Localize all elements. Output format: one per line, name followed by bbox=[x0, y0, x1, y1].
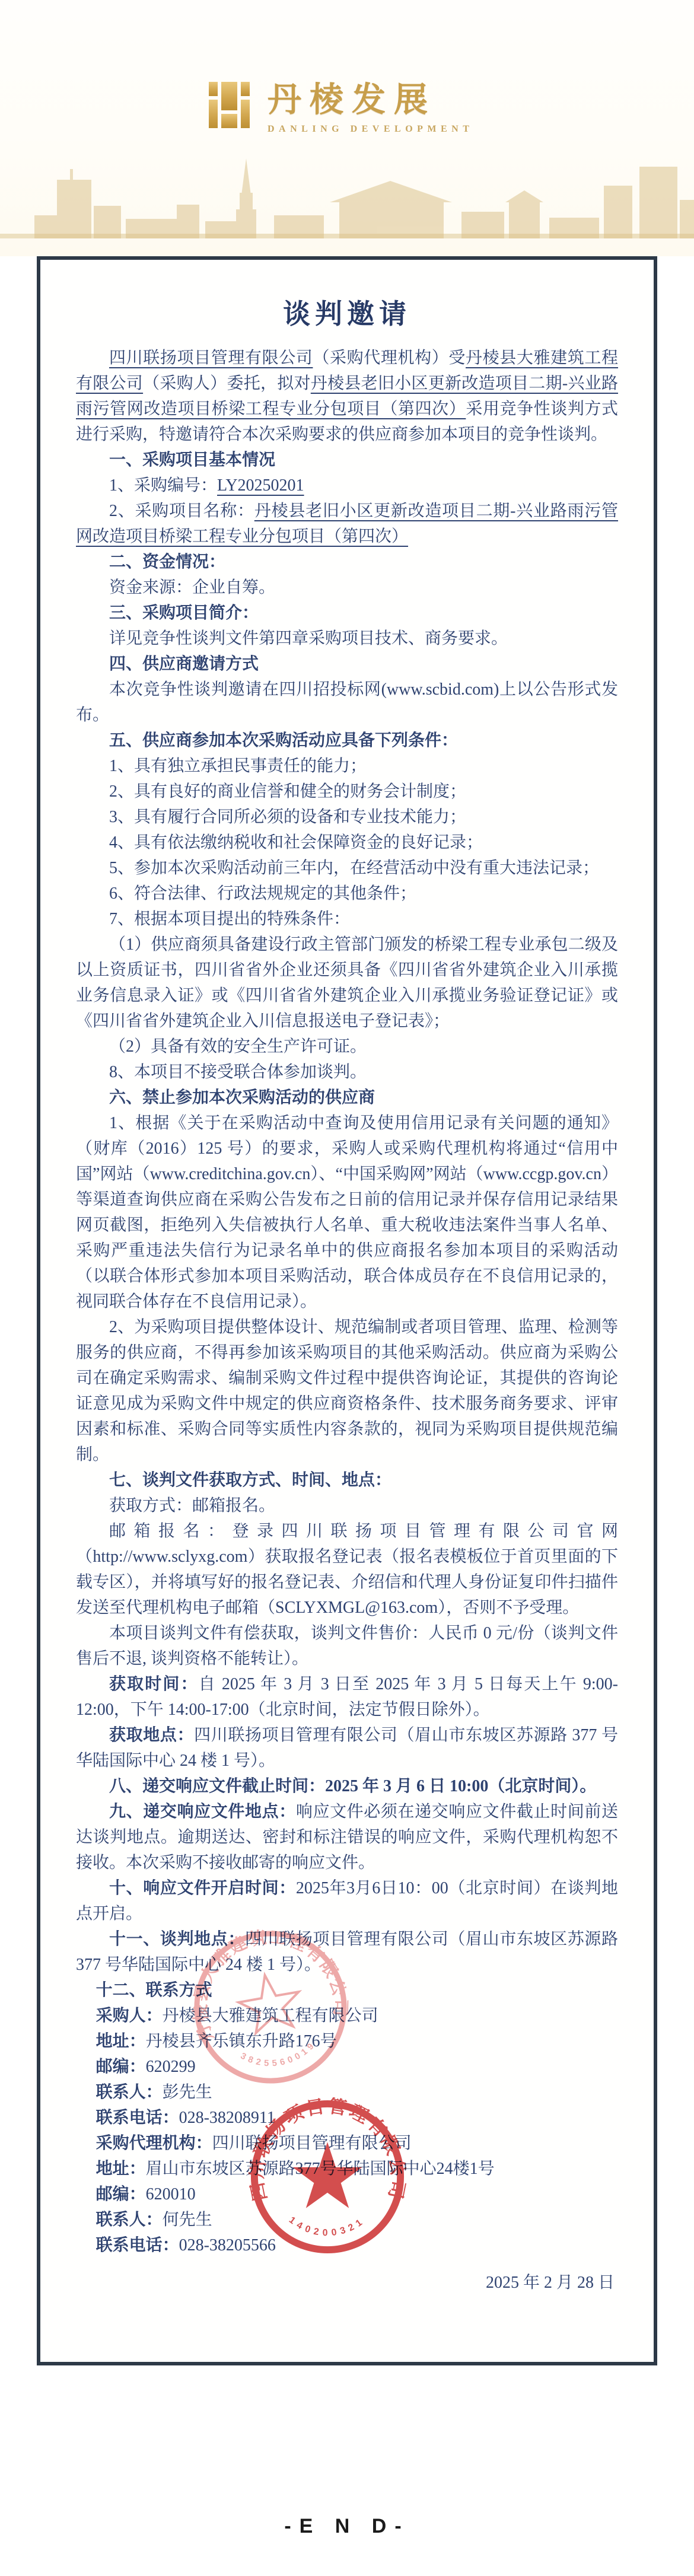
paragraph: 资金来源：企业自筹。 bbox=[76, 575, 618, 600]
brand-subtitle: DANLING DEVELOPMENT bbox=[268, 124, 473, 135]
document-title: 谈判邀请 bbox=[76, 298, 618, 331]
paragraph: （2）具备有效的安全生产许可证。 bbox=[76, 1034, 618, 1059]
section-heading: 四、供应商邀请方式 bbox=[76, 651, 618, 677]
section-heading: 一、采购项目基本情况 bbox=[76, 447, 618, 473]
contact-line: 地址：丹棱县齐乐镇东升路176号 bbox=[76, 2029, 618, 2054]
contact-line: 联系人：何先生 bbox=[76, 2207, 618, 2233]
paragraph: 2、采购项目名称：丹棱县老旧小区更新改造项目二期-兴业路雨污管网改造项目桥梁工程… bbox=[76, 498, 618, 549]
section-heading-contact: 十二、联系方式 bbox=[76, 1978, 618, 2003]
contact-line: 采购代理机构：四川联扬项目管理有限公司 bbox=[76, 2131, 618, 2156]
letterhead: 丹棱发展 DANLING DEVELOPMENT bbox=[0, 0, 694, 256]
paragraph: 邮箱报名：登录四川联扬项目管理有限公司官网（http://www.sclyxg.… bbox=[76, 1518, 618, 1620]
section-heading: 二、资金情况： bbox=[76, 549, 618, 575]
paragraph: 十一、谈判地点：四川联扬项目管理有限公司（眉山市东坡区苏源路 377 号华陆国际… bbox=[76, 1927, 618, 1978]
paragraph: 4、具有依法缴纳税收和社会保障资金的良好记录； bbox=[76, 830, 618, 855]
contact-lines: 采购人：丹棱县大雅建筑工程有限公司地址：丹棱县齐乐镇东升路176号邮编：6202… bbox=[76, 2003, 618, 2258]
paragraph: 获取地点：四川联扬项目管理有限公司（眉山市东坡区苏源路 377 号华陆国际中心 … bbox=[76, 1722, 618, 1773]
section-heading: 六、禁止参加本次采购活动的供应商 bbox=[76, 1085, 618, 1110]
contact-line: 联系人：彭先生 bbox=[76, 2080, 618, 2105]
section-heading: 五、供应商参加本次采购活动应具备下列条件： bbox=[76, 728, 618, 753]
paragraph: 1、具有独立承担民事责任的能力； bbox=[76, 753, 618, 779]
document-frame: 谈判邀请 四川联扬项目管理有限公司（采购代理机构）受丹棱县大雅建筑工程有限公司（… bbox=[37, 256, 657, 2365]
section-heading: 七、谈判文件获取方式、时间、地点： bbox=[76, 1467, 618, 1493]
contact-line: 联系电话：028-38205566 bbox=[76, 2233, 618, 2258]
paragraph: 获取时间：自 2025 年 3 月 3 日至 2025 年 3 月 5 日每天上… bbox=[76, 1671, 618, 1722]
contact-section: 十二、联系方式 采购人：丹棱县大雅建筑工程有限公司地址：丹棱县齐乐镇东升路176… bbox=[76, 1978, 618, 2258]
paragraph: 本次竞争性谈判邀请在四川招投标网(www.scbid.com)上以公告形式发布。 bbox=[76, 677, 618, 728]
paragraph: 2、为采购项目提供整体设计、规范编制或者项目管理、监理、检测等服务的供应商，不得… bbox=[76, 1314, 618, 1467]
contact-line: 采购人：丹棱县大雅建筑工程有限公司 bbox=[76, 2003, 618, 2029]
paragraph: （1）供应商须具备建设行政主管部门颁发的桥梁工程专业承包二级及以上资质证书，四川… bbox=[76, 932, 618, 1034]
contact-line: 联系电话：028-38208911 bbox=[76, 2105, 618, 2131]
brand-name: 丹棱发展 bbox=[268, 82, 473, 119]
brand-lockup: 丹棱发展 DANLING DEVELOPMENT bbox=[209, 82, 473, 135]
paragraph: 6、符合法律、行政法规规定的其他条件； bbox=[76, 881, 618, 906]
contact-line: 邮编：620299 bbox=[76, 2054, 618, 2080]
contact-line: 邮编：620010 bbox=[76, 2182, 618, 2207]
paragraph: 八、递交响应文件截止时间：2025 年 3 月 6 日 10:00（北京时间）。 bbox=[76, 1773, 618, 1799]
brand-text: 丹棱发展 DANLING DEVELOPMENT bbox=[268, 82, 473, 135]
paragraph: 本项目谈判文件有偿获取，谈判文件售价：人民币 0 元/份（谈判文件售后不退, 谈… bbox=[76, 1620, 618, 1671]
paragraph: 九、递交响应文件地点：响应文件必须在递交响应文件截止时间前送达谈判地点。逾期送达… bbox=[76, 1799, 618, 1876]
paragraph: 3、具有履行合同所必须的设备和专业技术能力； bbox=[76, 804, 618, 830]
paragraph: 详见竞争性谈判文件第四章采购项目技术、商务要求。 bbox=[76, 626, 618, 651]
paragraph: 2、具有良好的商业信誉和健全的财务会计制度； bbox=[76, 779, 618, 804]
danling-logo-icon bbox=[209, 82, 250, 128]
paragraph: 获取方式：邮箱报名。 bbox=[76, 1493, 618, 1518]
document-date: 2025 年 2 月 28 日 bbox=[76, 2270, 618, 2295]
paragraph: 1、根据《关于在采购活动中查询及使用信用记录有关问题的通知》（财库（2016）1… bbox=[76, 1110, 618, 1314]
paragraph: 5、参加本次采购活动前三年内，在经营活动中没有重大违法记录； bbox=[76, 855, 618, 881]
paragraph: 十、响应文件开启时间：2025年3月6日10：00（北京时间）在谈判地点开启。 bbox=[76, 1876, 618, 1927]
paragraph: 四川联扬项目管理有限公司（采购代理机构）受丹棱县大雅建筑工程有限公司（采购人）委… bbox=[76, 345, 618, 447]
scanned-document-page: 丹棱发展 DANLING DEVELOPMENT bbox=[0, 0, 694, 2538]
end-marker: -E N D- bbox=[0, 2515, 694, 2538]
paragraph: 1、采购编号：LY20250201 bbox=[76, 473, 618, 498]
city-skyline-graphic bbox=[0, 158, 694, 238]
contact-line: 地址：眉山市东坡区苏源路377号华陆国际中心24楼1号 bbox=[76, 2156, 618, 2182]
document-body: 四川联扬项目管理有限公司（采购代理机构）受丹棱县大雅建筑工程有限公司（采购人）委… bbox=[76, 345, 618, 1978]
paragraph: 8、本项目不接受联合体参加谈判。 bbox=[76, 1059, 618, 1085]
section-heading: 三、采购项目简介： bbox=[76, 600, 618, 626]
paragraph: 7、根据本项目提出的特殊条件： bbox=[76, 906, 618, 932]
page-footer: -E N D- bbox=[0, 2515, 694, 2538]
